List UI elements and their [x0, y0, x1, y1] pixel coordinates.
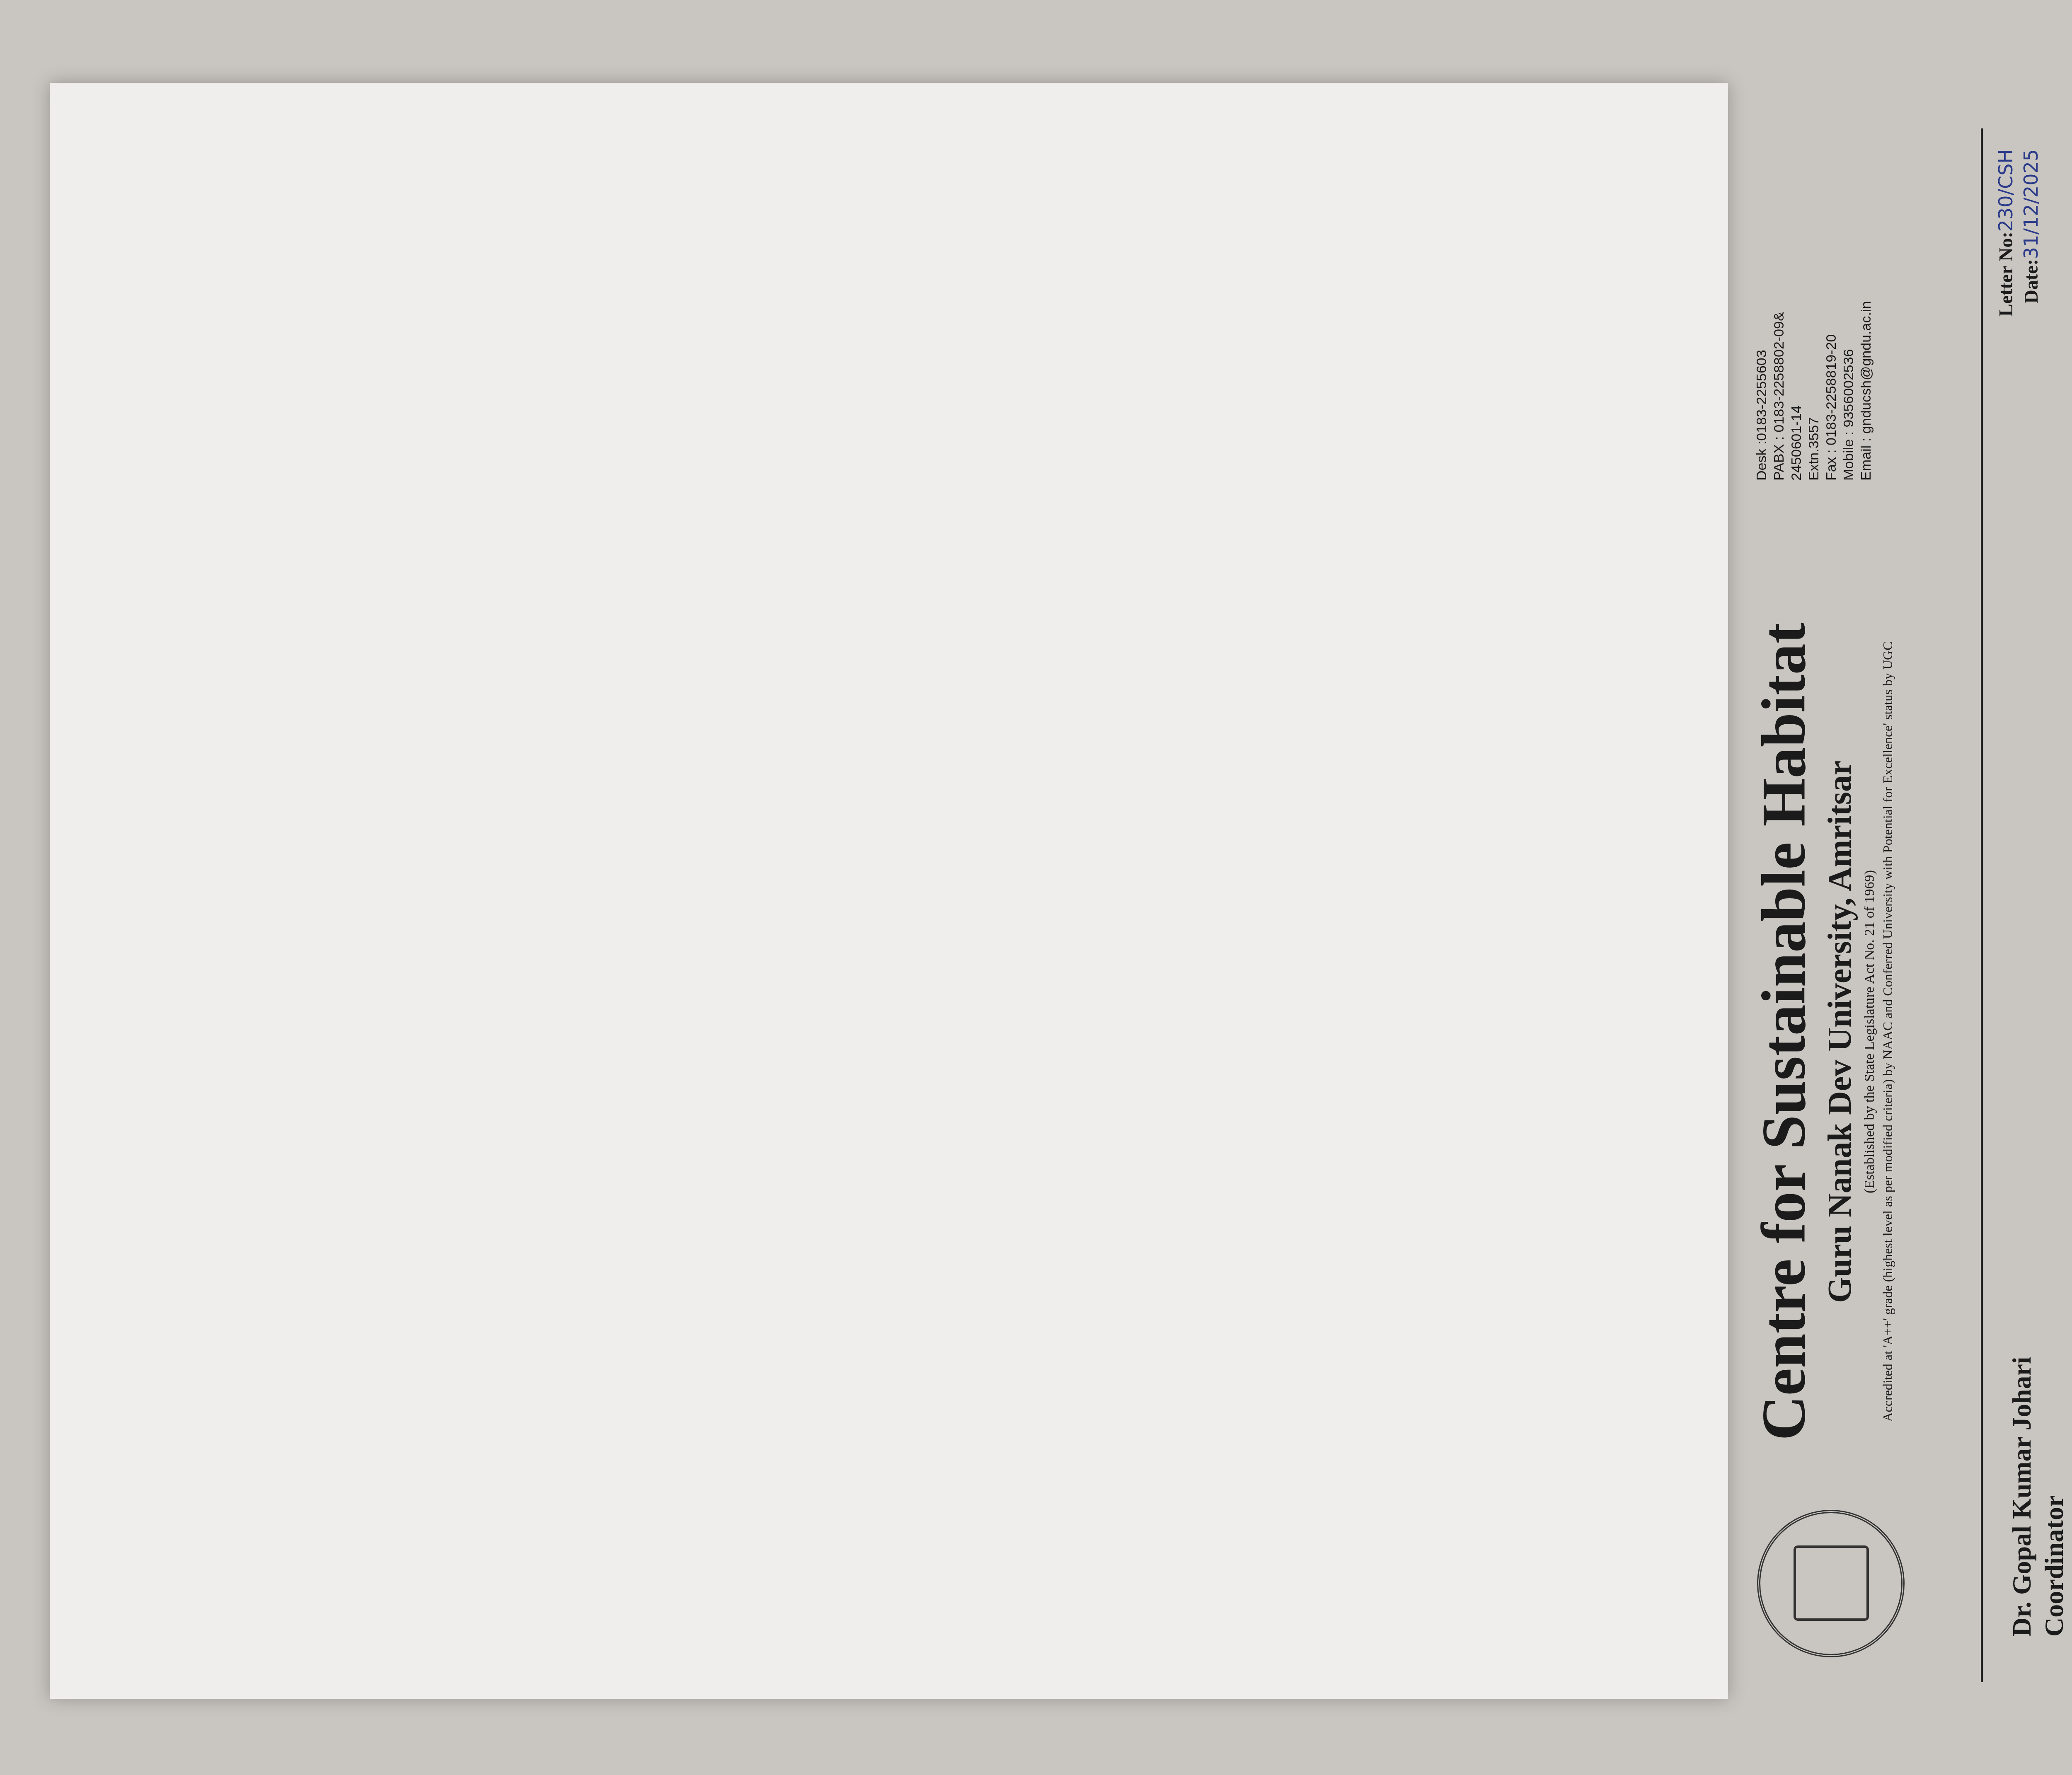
centre-title: Centre for Sustainable Habitat: [1749, 555, 1819, 1508]
letter-meta: Letter No:230/CSH Date:31/12/2025: [1993, 149, 2044, 460]
contact-line: Fax : 0183-2258819-20: [1823, 149, 1840, 481]
accreditation-note: Accredited at 'A++' grade (highest level…: [1879, 555, 1896, 1508]
sender-block: Dr. Gopal Kumar Johari Coordinator: [2006, 1357, 2070, 1637]
contact-line: Desk :0183-2255603: [1753, 149, 1770, 481]
contact-line: PABX : 0183-2258802-09&: [1770, 149, 1788, 481]
letter-page: Centre for Sustainable Habitat Guru Nana…: [1740, 108, 2072, 1682]
letter-no-label: Letter No:: [1995, 232, 2016, 317]
contact-line: Email : gnducsh@gndu.ac.in: [1857, 149, 1875, 481]
date-value: 31/12/2025: [2020, 149, 2042, 259]
date-label: Date:: [2021, 259, 2042, 303]
letterhead-title-block: Centre for Sustainable Habitat Guru Nana…: [1749, 555, 1896, 1508]
sender-name: Dr. Gopal Kumar Johari: [2006, 1357, 2038, 1637]
sender-designation: Coordinator: [2038, 1357, 2070, 1637]
contact-line: 2450601-14: [1788, 149, 1805, 481]
contact-line: Mobile : 9356002536: [1840, 149, 1857, 481]
contact-block: Desk :0183-2255603 PABX : 0183-2258802-0…: [1753, 149, 1875, 481]
paper-sheet: [50, 83, 1728, 1699]
contact-line: Extn.3557: [1805, 149, 1823, 481]
establishment-note: (Established by the State Legislature Ac…: [1861, 555, 1879, 1508]
header-divider: [1981, 128, 1983, 1682]
university-emblem-icon: [1757, 1510, 1905, 1657]
letterhead: Centre for Sustainable Habitat Guru Nana…: [1740, 108, 1973, 1682]
university-name: Guru Nanak Dev University, Amritsar: [1819, 555, 1861, 1508]
letter-no-value: 230/CSH: [1995, 149, 2017, 232]
